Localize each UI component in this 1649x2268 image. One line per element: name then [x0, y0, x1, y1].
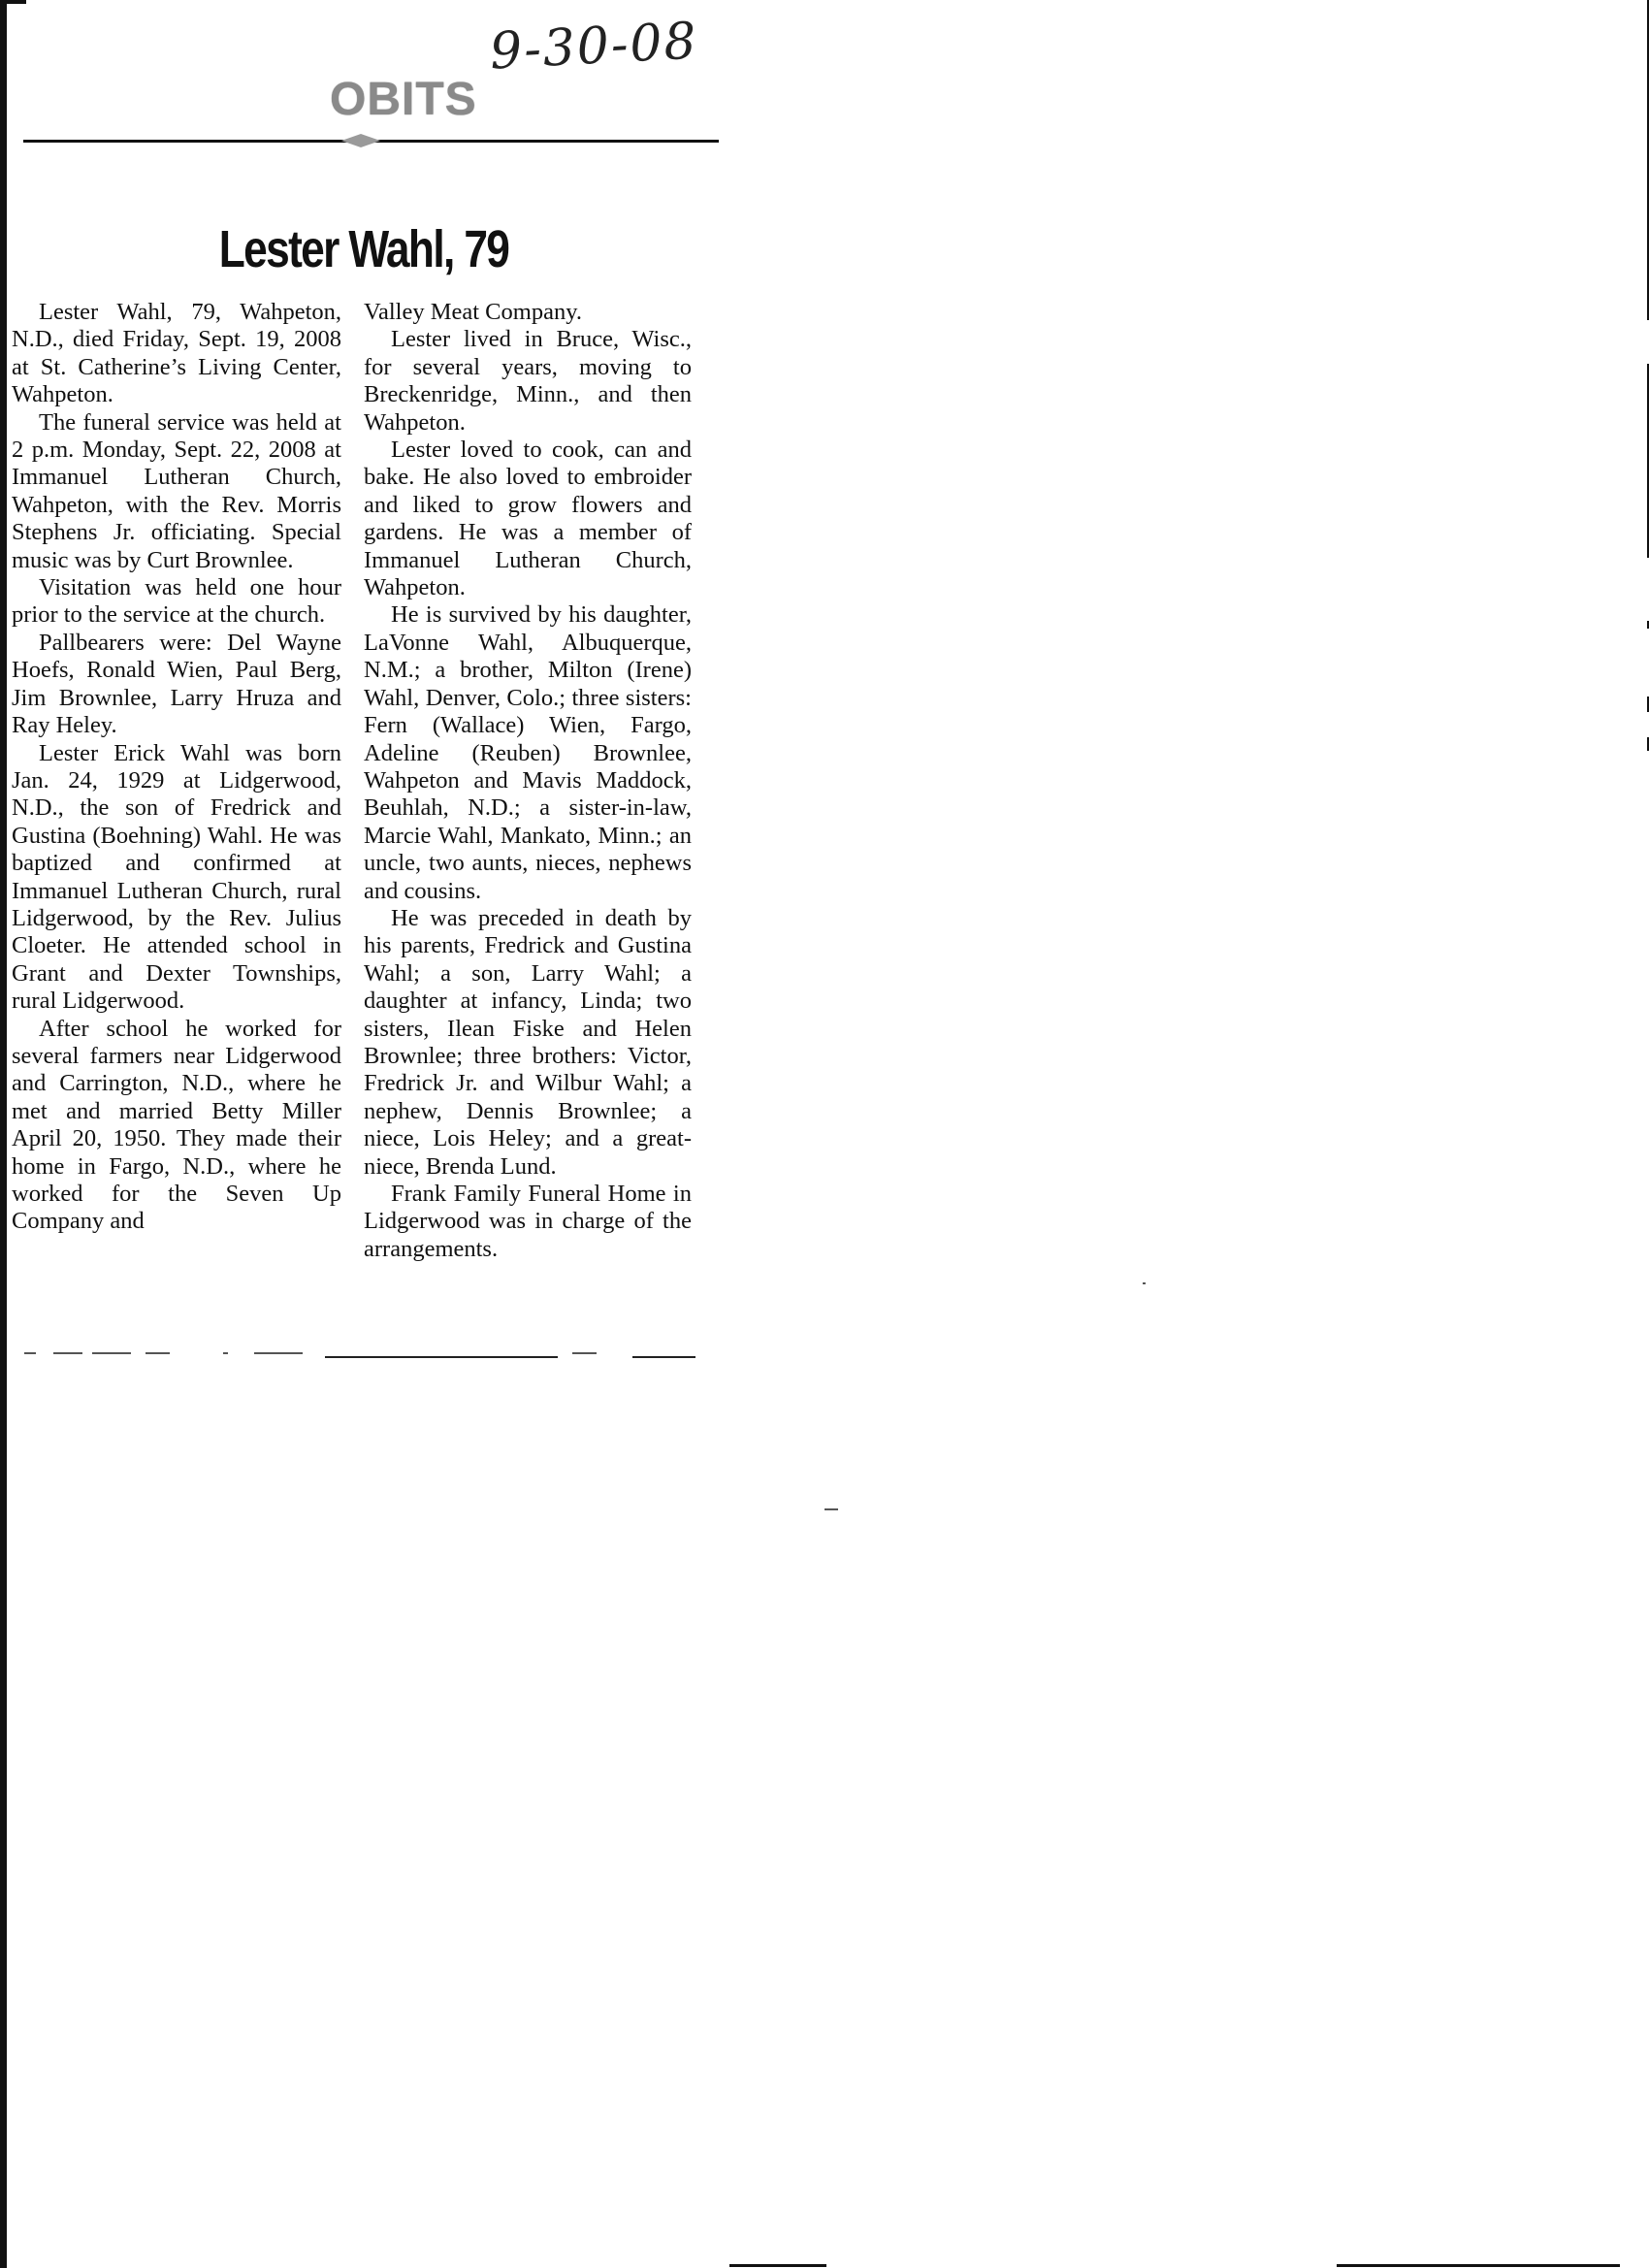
scan-bottom-edge: [729, 2264, 826, 2267]
scan-speck: [1143, 1282, 1146, 1284]
paragraph-hobbies: Lester loved to cook, can and bake. He a…: [364, 437, 692, 601]
clipping-cut-line: [145, 1352, 170, 1354]
paragraph-funeral-service: The funeral service was held at 2 p.m. M…: [12, 409, 341, 574]
article-column-right: Valley Meat Company. Lester lived in Bru…: [364, 299, 692, 1263]
clipping-cut-line: [254, 1352, 303, 1354]
clipping-cut-line: [325, 1356, 558, 1358]
paragraph-preceded-in-death: He was preceded in death by his parents,…: [364, 905, 692, 1181]
paragraph-birth: Lester Erick Wahl was born Jan. 24, 1929…: [12, 740, 341, 1016]
paragraph-pallbearers: Pallbearers were: Del Wayne Hoefs, Ronal…: [12, 630, 341, 740]
paragraph-survivors: He is survived by his daughter, LaVonne …: [364, 601, 692, 904]
paragraph-career-continued: Valley Meat Company.: [364, 299, 692, 326]
clipping-cut-line: [223, 1352, 228, 1354]
scan-border-notch: [7, 0, 26, 4]
divider-ornament-icon: [341, 134, 380, 147]
paragraph-death-notice: Lester Wahl, 79, Wahpeton, N.D., died Fr…: [12, 299, 341, 409]
clipping-cut-line: [92, 1352, 131, 1354]
paragraph-career: After school he worked for several farme…: [12, 1016, 341, 1236]
handwritten-date: 9-30-08: [489, 12, 699, 81]
obituary-headline: Lester Wahl, 79: [66, 219, 663, 279]
paragraph-arrangements: Frank Family Funeral Home in Lidgerwood …: [364, 1181, 692, 1263]
scan-bottom-edge: [1337, 2264, 1620, 2267]
paragraph-residences: Lester lived in Bruce, Wisc., for severa…: [364, 326, 692, 437]
paragraph-visitation: Visitation was held one hour prior to th…: [12, 574, 341, 630]
article-column-left: Lester Wahl, 79, Wahpeton, N.D., died Fr…: [12, 299, 341, 1236]
section-label: OBITS: [330, 73, 477, 126]
clipping-cut-line: [632, 1356, 695, 1358]
clipping-cut-line: [24, 1352, 36, 1354]
clipping-cut-line: [53, 1352, 82, 1354]
scan-left-border: [0, 0, 7, 2268]
clipping-cut-line: [572, 1352, 597, 1354]
scan-speck: [824, 1508, 838, 1510]
